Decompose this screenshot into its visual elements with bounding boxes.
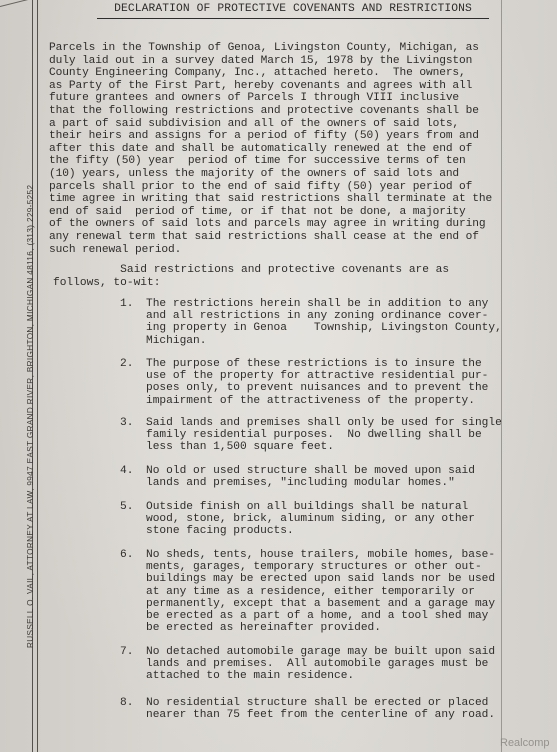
item-number: 2. bbox=[120, 358, 133, 370]
opening-paragraph: Parcels in the Township of Genoa, Living… bbox=[49, 42, 501, 256]
item-text: Said lands and premises shall only be us… bbox=[146, 417, 502, 454]
item-text: No sheds, tents, house trailers, mobile … bbox=[146, 549, 495, 634]
realcomp-watermark: Realcomp bbox=[500, 737, 550, 749]
restrictions-intro: Said restrictions and protective covenan… bbox=[53, 264, 501, 289]
item-number: 3. bbox=[120, 417, 133, 429]
item-text: The purpose of these restrictions is to … bbox=[146, 358, 488, 407]
item-number: 6. bbox=[120, 549, 133, 561]
left-margin-rule-inner bbox=[37, 0, 38, 752]
item-number: 5. bbox=[120, 501, 133, 513]
corner-fold-line bbox=[0, 0, 29, 7]
item-number: 7. bbox=[120, 646, 133, 658]
document-page: RUSSELL O. VAIL, ATTORNEY AT LAW, 9947 E… bbox=[0, 0, 557, 752]
item-text: No old or used structure shall be moved … bbox=[146, 465, 475, 489]
item-text: No residential structure shall be erecte… bbox=[146, 697, 495, 721]
item-text: The restrictions herein shall be in addi… bbox=[146, 298, 502, 347]
item-number: 8. bbox=[120, 697, 133, 709]
item-number: 1. bbox=[120, 298, 133, 310]
item-number: 4. bbox=[120, 465, 133, 477]
attorney-letterhead: RUSSELL O. VAIL, ATTORNEY AT LAW, 9947 E… bbox=[26, 123, 35, 648]
item-text: Outside finish on all buildings shall be… bbox=[146, 501, 475, 538]
right-margin-rule bbox=[501, 0, 502, 752]
item-text: No detached automobile garage may be bui… bbox=[146, 646, 495, 683]
document-title: DECLARATION OF PROTECTIVE COVENANTS AND … bbox=[97, 2, 489, 19]
